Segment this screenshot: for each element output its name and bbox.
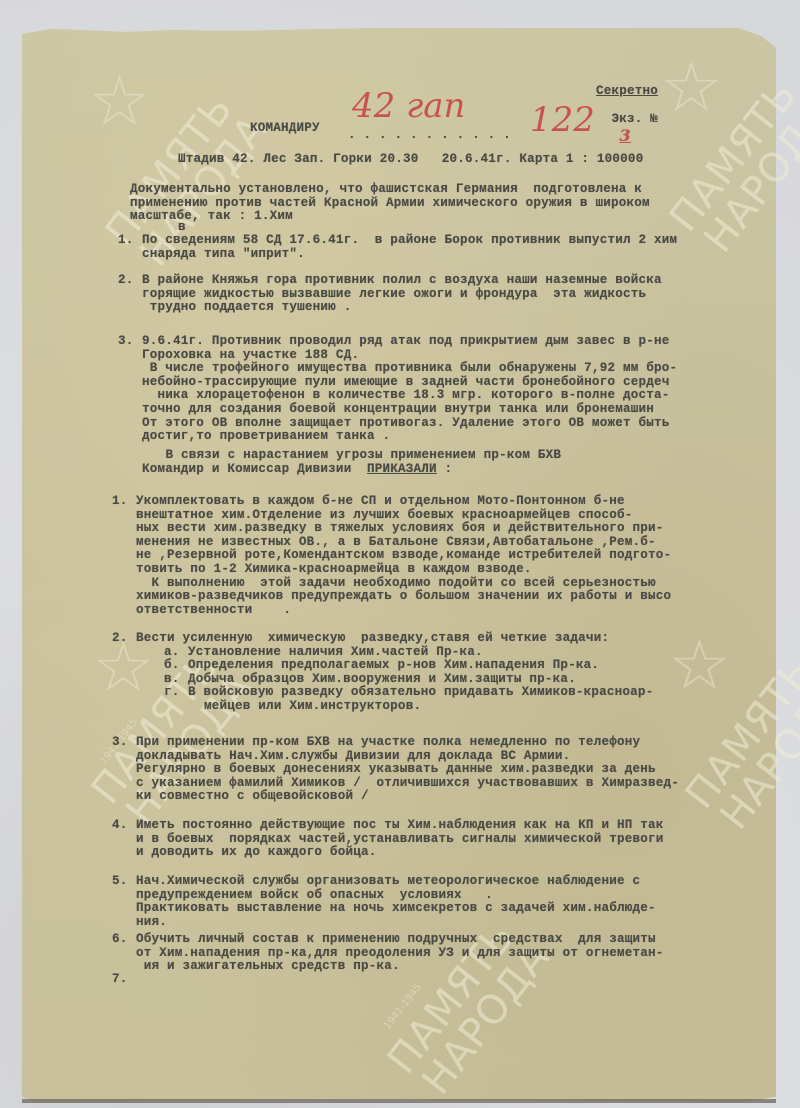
- subitem-text: Установление наличия Хим.частей Пр-ка.: [188, 645, 483, 659]
- order-line: К выполнению этой задачи необходимо подо…: [136, 576, 656, 590]
- subitem-letter: б.: [164, 658, 180, 672]
- transition-line: В связи с нарастанием угрозы применением…: [150, 448, 561, 462]
- order-number: 1.: [112, 494, 128, 508]
- fact-line: От этого ОВ вполне защищает противогаз. …: [142, 416, 670, 430]
- copy-label: Экз. №: [612, 112, 659, 126]
- fact-number: 3.: [118, 334, 134, 348]
- order-line: с указанием фамилий Химиков / отличивших…: [136, 776, 679, 790]
- subitem-letter: в.: [164, 672, 180, 686]
- order-line: Вести усиленную химическую разведку,став…: [136, 631, 609, 645]
- order-line: химиков-разведчиков предупреждать о боль…: [136, 589, 671, 603]
- order-line: предупреждением войск об опасных условия…: [136, 888, 493, 902]
- subitem-letter: г.: [164, 685, 180, 699]
- fact-line: трудно поддается тушению .: [142, 300, 351, 314]
- addressee: КОМАНДИРУ: [250, 121, 320, 135]
- fact-line: В числе трофейного имущества противника …: [142, 361, 677, 375]
- order-line: ответственности .: [136, 603, 291, 617]
- fact-line: Гороховка на участке 188 СД.: [142, 348, 359, 362]
- fact-line: 9.6.41г. Противник проводил ряд атак под…: [142, 334, 670, 348]
- addressee-dots: . . . . . . . . . . .: [348, 128, 511, 142]
- fact-line: достиг,то проветриванием танка .: [142, 429, 390, 443]
- fact-line: снаряда типа "иприт".: [142, 247, 305, 261]
- order-line: и доводить их до каждого бойца.: [136, 845, 376, 859]
- order-word: ПРИКАЗАЛИ: [367, 462, 437, 476]
- order-line: Практиковать выставление на ночь химсекр…: [136, 901, 656, 915]
- intro-line: Документально установлено, что фашистска…: [130, 182, 642, 196]
- fact-number: 1.: [118, 233, 134, 247]
- handwritten-number: 122: [530, 100, 595, 140]
- order-line: товить по 1-2 Химика-красноармейца в каж…: [136, 562, 532, 576]
- order-line: Обучить личный состав к применению подру…: [136, 932, 656, 946]
- order-line: ных вести хим.разведку в тяжелых условия…: [136, 521, 664, 535]
- intro-line: применению против частей Красной Армии х…: [130, 196, 650, 210]
- dateline: Штадив 42. Лес Зап. Горки 20.30 20.6.41г…: [178, 152, 643, 166]
- order-line: докладывать Нач.Хим.службы Дивизии для д…: [136, 749, 570, 763]
- order-number: 2.: [112, 631, 128, 645]
- order-line: не ,Резервной роте,Комендантском взводе,…: [136, 548, 671, 562]
- fact-line: точно для создания боевой концентрации в…: [142, 402, 654, 416]
- order-line: Нач.Химической службы организовать метео…: [136, 874, 640, 888]
- order-line: При применении пр-ком БХВ на участке пол…: [136, 735, 640, 749]
- subitem-text: Добыча образцов Хим.вооружения и Хим.защ…: [188, 672, 576, 686]
- order-line: внештатное хим.Отделение из лучших боевы…: [136, 508, 632, 522]
- intro-line: масштабе, так : 1.Хим: [130, 209, 293, 223]
- fact-line: ника хлорацетофенон в количестве 18.3 мг…: [142, 388, 670, 402]
- transition-line: Командир и Комиссар Дивизии ПРИКАЗАЛИ :: [142, 462, 452, 476]
- fact-line: В районе Княжья гора противник полил с в…: [142, 273, 662, 287]
- classification-label: Секретно: [596, 84, 658, 98]
- handwritten-unit: 42 гап: [352, 86, 465, 126]
- fact-line: По сведениям 58 СД 17.6.41г. в районе Бо…: [142, 233, 677, 247]
- order-line: Иметь постоянно действующие пос ты Хим.н…: [136, 818, 664, 832]
- correction-mark: в: [178, 220, 186, 234]
- fact-line: небойно-трассирующие пули имеющие в задн…: [142, 375, 670, 389]
- subitem-text: В войсковую разведку обязательно придава…: [188, 685, 653, 699]
- subitem-letter: а.: [164, 645, 180, 659]
- order-line: и в боевых порядках частей,устанавливать…: [136, 832, 664, 846]
- order-line: ки совместно с общевойсковой /: [136, 789, 369, 803]
- copy-number-label: Экз. № 3: [596, 98, 658, 145]
- subitem-text: Определения предполагаемых р-нов Хим.нап…: [188, 658, 599, 672]
- fact-number: 2.: [118, 273, 134, 287]
- order-number: 7.: [112, 972, 128, 986]
- order-line: ия и зажигательных средств пр-ка.: [136, 959, 400, 973]
- subitem-continuation: мейцев или Хим.инструкторов.: [204, 699, 421, 713]
- order-line: ния.: [136, 915, 167, 929]
- order-number: 4.: [112, 818, 128, 832]
- order-line: менения не известных ОВ., а в Батальоне …: [136, 535, 656, 549]
- order-line: Регулярно в боевых донесениях указывать …: [136, 762, 656, 776]
- fact-line: горящие жидкостью вызвавшие легкие ожоги…: [142, 287, 646, 301]
- order-line: от Хим.нападения пр-ка,для преодоления У…: [136, 946, 664, 960]
- order-suffix: :: [437, 462, 453, 476]
- order-line: Укомплектовать в каждом б-не СП и отдель…: [136, 494, 625, 508]
- order-number: 3.: [112, 735, 128, 749]
- paper-edge: [22, 1099, 776, 1103]
- copy-number: 3: [620, 126, 631, 145]
- order-number: 6.: [112, 932, 128, 946]
- order-number: 5.: [112, 874, 128, 888]
